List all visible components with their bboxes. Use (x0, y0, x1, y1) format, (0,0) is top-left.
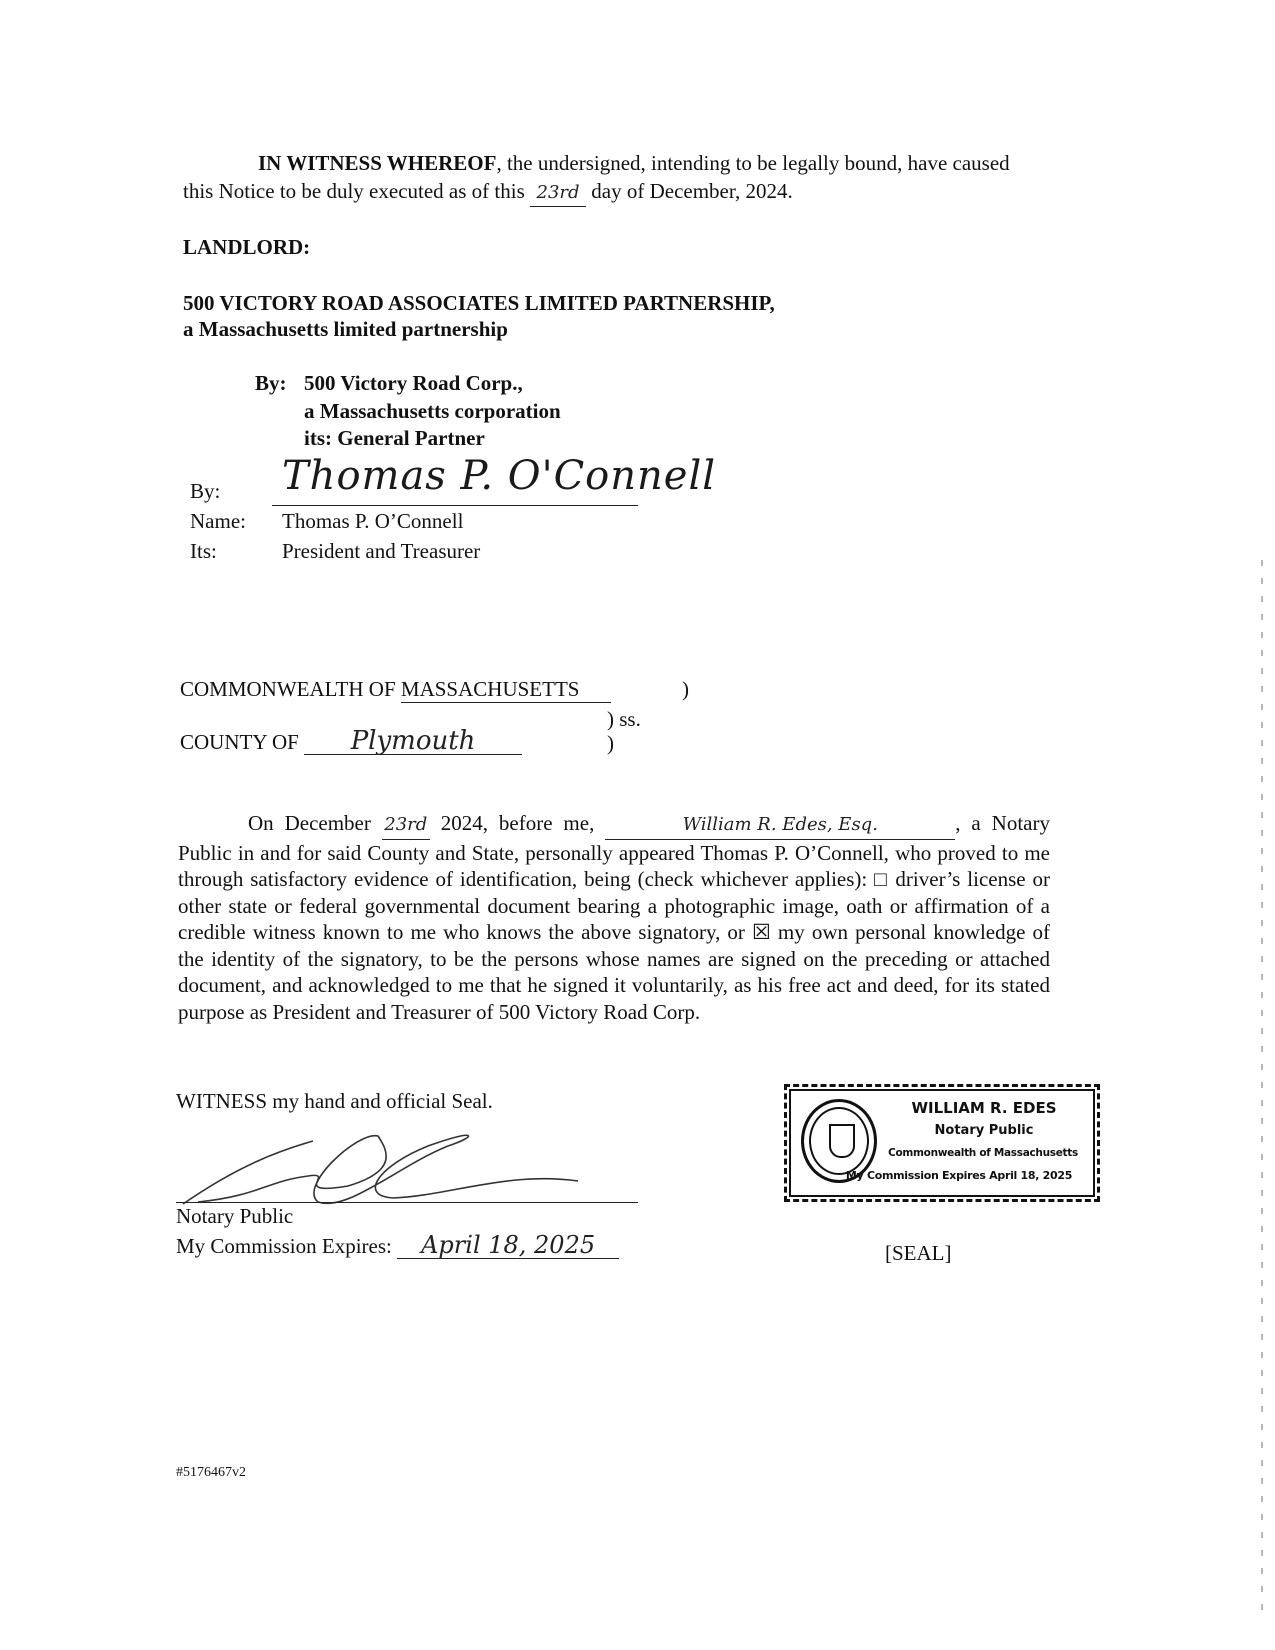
scan-margin-artifact (1261, 560, 1263, 1610)
witness-line2-post: day of December, 2024. (591, 179, 793, 203)
its-value: President and Treasurer (282, 538, 480, 564)
gp-by-label: By: (255, 370, 287, 396)
county-label: COUNTY OF (180, 730, 299, 754)
name-value: Thomas P. O’Connell (282, 508, 463, 534)
notary-stamp: WILLIAM R. EDES Notary Public Commonweal… (784, 1084, 1100, 1202)
seal-shield-icon (829, 1124, 855, 1158)
document-id: #5176467v2 (176, 1465, 246, 1481)
gp-desc: a Massachusetts corporation (304, 398, 561, 424)
signature-line (272, 505, 638, 506)
commonwealth-value: MASSACHUSETTS (401, 676, 611, 703)
seal-label: [SEAL] (885, 1240, 952, 1266)
landlord-heading: LANDLORD: (183, 234, 310, 260)
personal-knowledge-checkbox: ☒ (752, 920, 771, 944)
its-label: Its: (190, 538, 217, 564)
landlord-entity-name: 500 VICTORY ROAD ASSOCIATES LIMITED PART… (183, 290, 775, 316)
commission-label: My Commission Expires: (176, 1234, 392, 1258)
witness-lead: IN WITNESS WHEREOF (258, 151, 496, 175)
venue-paren-1: ) (682, 676, 689, 702)
acknowledgment-paragraph: On December 23rd 2024, before me, Willia… (178, 810, 1050, 1025)
venue-ss: ) ss. (607, 706, 641, 732)
county-handwritten: Plymouth (304, 728, 522, 755)
commonwealth-label: COMMONWEALTH OF (180, 677, 396, 701)
stamp-jurisdiction: Commonwealth of Massachusetts (875, 1147, 1091, 1159)
witness-clause-line2: this Notice to be duly executed as of th… (183, 178, 793, 207)
signatory-by-label: By: (190, 478, 220, 504)
stamp-name: WILLIAM R. EDES (881, 1099, 1087, 1117)
commission-handwritten: April 18, 2025 (397, 1232, 619, 1259)
ack-notary-name-handwritten: William R. Edes, Esq. (605, 812, 955, 840)
ack-text-1: On December (248, 811, 371, 835)
execution-day-handwritten: 23rd (530, 180, 586, 207)
witness-clause-line1: IN WITNESS WHEREOF, the undersigned, int… (258, 150, 1010, 176)
county-line: COUNTY OF Plymouth (180, 728, 522, 755)
ack-day-handwritten: 23rd (382, 812, 430, 840)
gp-name: 500 Victory Road Corp., (304, 370, 523, 396)
stamp-title: Notary Public (881, 1123, 1087, 1138)
gp-role: its: General Partner (304, 425, 485, 451)
witness-line2-pre: this Notice to be duly executed as of th… (183, 179, 525, 203)
name-label: Name: (190, 508, 246, 534)
notary-title: Notary Public (176, 1203, 293, 1229)
witness-line1-text: , the undersigned, intending to be legal… (496, 151, 1009, 175)
stamp-expiration: My Commission Expires April 18, 2025 (827, 1169, 1091, 1182)
commission-line: My Commission Expires: April 18, 2025 (176, 1232, 619, 1259)
ack-text-2: 2024, before me, (441, 811, 595, 835)
venue-paren-2: ) (607, 730, 614, 756)
signatory-signature: Thomas P. O'Connell (282, 452, 716, 500)
commonwealth-line: COMMONWEALTH OF MASSACHUSETTS (180, 676, 611, 703)
landlord-entity-desc: a Massachusetts limited partnership (183, 316, 508, 342)
witness-seal-line: WITNESS my hand and official Seal. (176, 1088, 493, 1114)
